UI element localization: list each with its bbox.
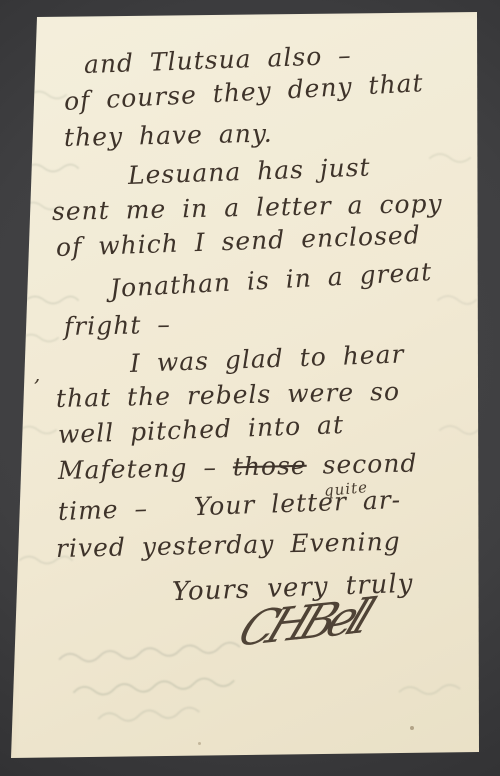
letter-page: and Tlutsua also – of course they deny t… — [0, 0, 500, 776]
paper-speck — [198, 742, 201, 745]
line-13-text-end: ar- — [362, 485, 401, 515]
line-12-text: Mafeteng – — [58, 453, 218, 485]
line-12-text-end: second — [322, 448, 417, 479]
stray-ink-mark: , — [34, 362, 40, 386]
photo-background: and Tlutsua also – of course they deny t… — [0, 0, 500, 776]
handwritten-line-8: fright – — [64, 310, 171, 341]
struck-out-word: those — [233, 451, 307, 482]
handwritten-line-3: they have any. — [64, 119, 273, 152]
paper-speck — [410, 726, 414, 730]
line-13-text: time – — [57, 494, 148, 526]
line-13-text-mid: Your letter — [193, 487, 347, 521]
handwriting-gap — [148, 515, 194, 517]
